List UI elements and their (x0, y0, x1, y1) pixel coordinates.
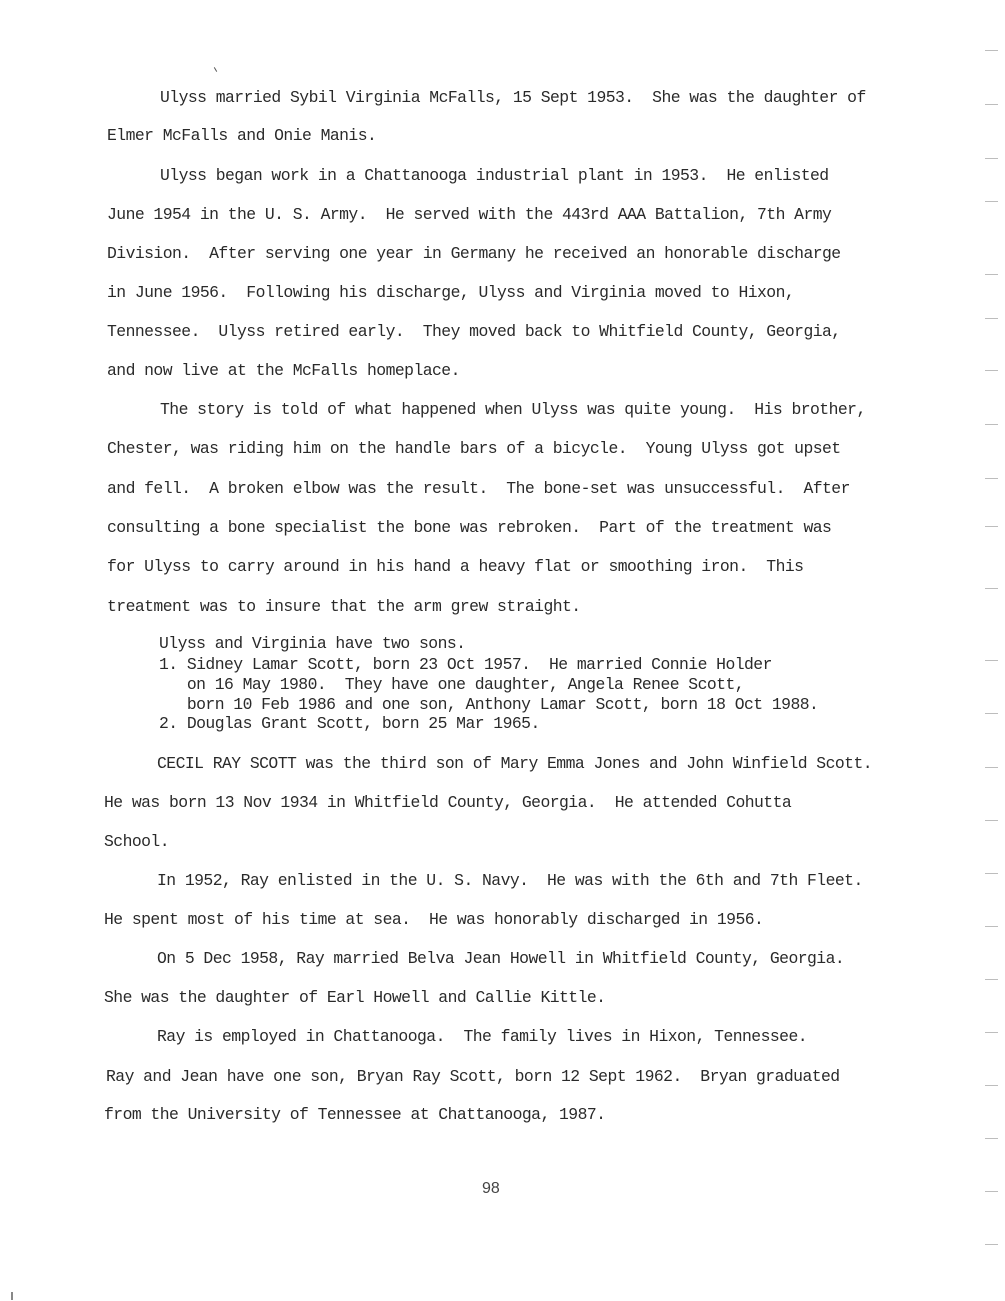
margin-tick (985, 1085, 998, 1086)
text-line: CECIL RAY SCOTT was the third son of Mar… (157, 754, 872, 774)
text-line: and now live at the McFalls homeplace. (107, 361, 460, 381)
text-line: Ray and Jean have one son, Bryan Ray Sco… (106, 1067, 840, 1087)
margin-tick (985, 104, 998, 105)
text-line: in June 1956. Following his discharge, U… (107, 283, 794, 303)
list-item-continuation: born 10 Feb 1986 and one son, Anthony La… (159, 695, 818, 715)
margin-tick (985, 1244, 998, 1245)
text-line: School. (104, 832, 169, 852)
list-item: 2. Douglas Grant Scott, born 25 Mar 1965… (159, 714, 540, 734)
margin-tick (985, 979, 998, 980)
text-line: In 1952, Ray enlisted in the U. S. Navy.… (157, 871, 863, 891)
text-line: for Ulyss to carry around in his hand a … (107, 557, 803, 577)
margin-tick (985, 1191, 998, 1192)
margin-tick (985, 660, 998, 661)
text-line: The story is told of what happened when … (160, 400, 866, 420)
margin-tick (985, 767, 998, 768)
margin-tick (985, 158, 998, 159)
stray-mark (214, 67, 217, 72)
text-line: Division. After serving one year in Germ… (107, 244, 841, 264)
text-line: Tennessee. Ulyss retired early. They mov… (107, 322, 841, 342)
list-item: 1. Sidney Lamar Scott, born 23 Oct 1957.… (159, 655, 772, 675)
text-line: consulting a bone specialist the bone wa… (107, 518, 831, 538)
margin-tick (985, 1032, 998, 1033)
text-line: treatment was to insure that the arm gre… (107, 597, 581, 617)
text-line: Ray is employed in Chattanooga. The fami… (157, 1027, 807, 1047)
text-line: and fell. A broken elbow was the result.… (107, 479, 850, 499)
text-line: from the University of Tennessee at Chat… (104, 1105, 605, 1125)
document-page: Ulyss married Sybil Virginia McFalls, 15… (0, 0, 1005, 1301)
margin-tick (985, 424, 998, 425)
margin-tick (985, 318, 998, 319)
text-line: Ulyss married Sybil Virginia McFalls, 15… (160, 88, 910, 108)
margin-tick (985, 820, 998, 821)
margin-tick (985, 526, 998, 527)
text-line: Ulyss began work in a Chattanooga indust… (160, 166, 829, 186)
margin-tick (985, 873, 998, 874)
list-item-continuation: on 16 May 1980. They have one daughter, … (159, 675, 744, 695)
list-intro: Ulyss and Virginia have two sons. (159, 634, 465, 654)
margin-tick (985, 478, 998, 479)
margin-tick (985, 926, 998, 927)
margin-tick (985, 201, 998, 202)
text-line: On 5 Dec 1958, Ray married Belva Jean Ho… (157, 949, 844, 969)
margin-tick (985, 370, 998, 371)
text-line: Elmer McFalls and Onie Manis. (107, 126, 376, 146)
page-number: 98 (482, 1180, 500, 1198)
text-line: He was born 13 Nov 1934 in Whitfield Cou… (104, 793, 791, 813)
margin-tick (985, 274, 998, 275)
margin-tick (985, 713, 998, 714)
margin-tick (985, 588, 998, 589)
text-line: He spent most of his time at sea. He was… (104, 910, 763, 930)
text-line: June 1954 in the U. S. Army. He served w… (107, 205, 831, 225)
stray-mark (11, 1292, 13, 1300)
text-line: She was the daughter of Earl Howell and … (104, 988, 605, 1008)
text-line: Chester, was riding him on the handle ba… (107, 439, 841, 459)
margin-tick (985, 50, 998, 51)
margin-tick (985, 1138, 998, 1139)
